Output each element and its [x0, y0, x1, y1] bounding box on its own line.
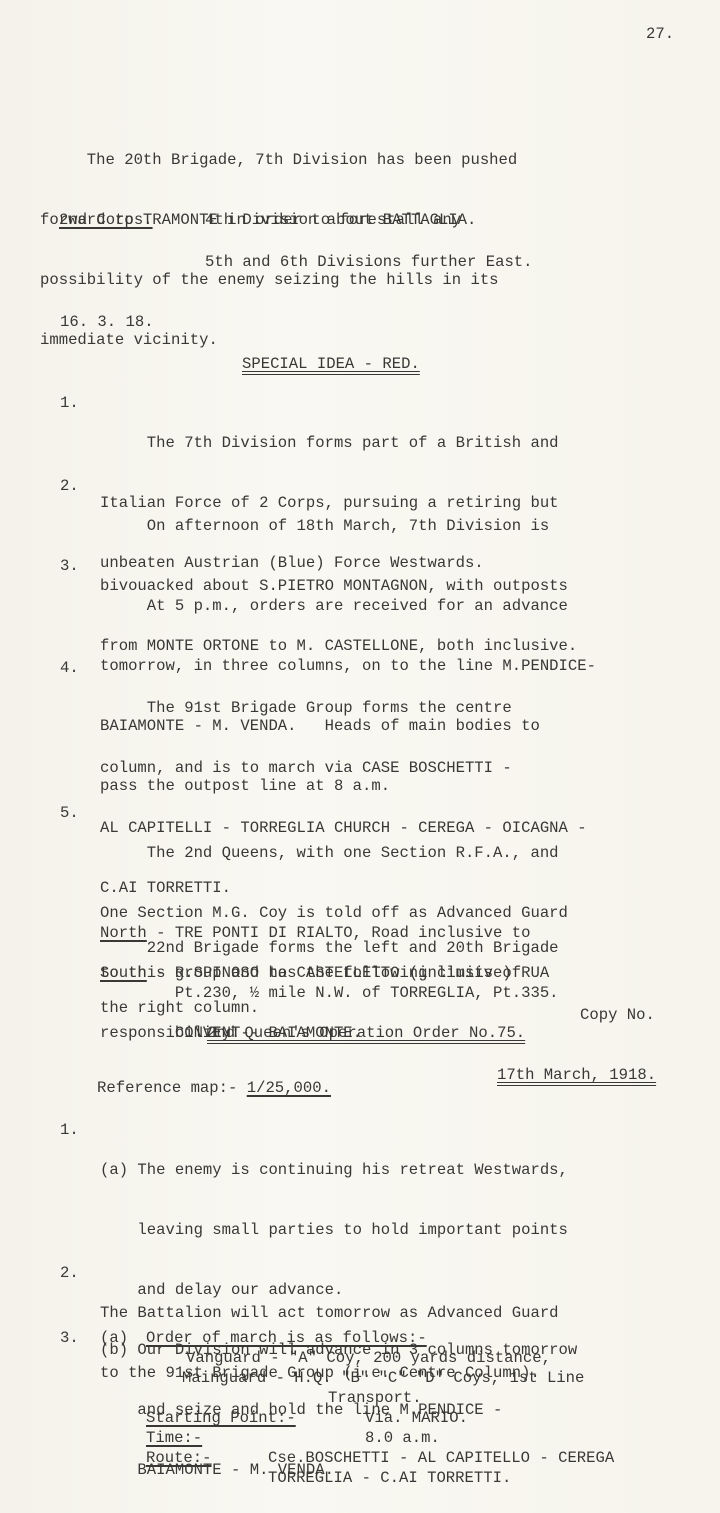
- time-label: Time:-: [146, 1428, 202, 1448]
- text-line: At 5 p.m., orders are received for an ad…: [100, 596, 596, 616]
- order-item-number: 2.: [60, 1263, 79, 1283]
- starting-point-label: Starting Point:-: [146, 1408, 296, 1428]
- intro-paragraph: The 20th Brigade, 7th Division has been …: [40, 110, 517, 390]
- reference-map: Reference map:- 1/25,000.: [97, 1078, 331, 1098]
- text-line: The Battalion will act tomorrow as Advan…: [100, 1303, 559, 1323]
- date-line: 16. 3. 18.: [60, 312, 154, 332]
- mainguard-line: Mainguard - H.Q. "B" "C" "D" Coys, 1st L…: [182, 1368, 584, 1388]
- reference-label: Reference map:-: [97, 1079, 247, 1097]
- order-item-3-sub: (a): [100, 1328, 128, 1348]
- text-line: (a) The enemy is continuing his retreat …: [100, 1160, 577, 1180]
- document-page: 27. The 20th Brigade, 7th Division has b…: [0, 0, 720, 1513]
- text-line: possibility of the enemy seizing the hil…: [40, 270, 517, 290]
- corps-label: 2nd Corps.: [59, 210, 153, 230]
- route-line-1: Cse.BOSCHETTI - AL CAPITELLO - CEREGA: [268, 1448, 614, 1468]
- time-value: 8.0 a.m.: [365, 1428, 440, 1448]
- text-line: column, and is to march via CASE BOSCHET…: [100, 758, 587, 778]
- order-item-number: 3.: [60, 1328, 79, 1348]
- order-item-number: 1.: [60, 1120, 79, 1140]
- route-line-2: TORREGLIA - C.AI TORRETTI.: [268, 1468, 511, 1488]
- text-line: On afternoon of 18th March, 7th Division…: [100, 516, 577, 536]
- text-line: The 20th Brigade, 7th Division has been …: [40, 150, 517, 170]
- reference-value: 1/25,000.: [247, 1079, 331, 1097]
- text-line: The 91st Brigade Group forms the centre: [100, 698, 587, 718]
- order-of-march-heading: Order of march is as follows:-: [146, 1328, 427, 1348]
- text-line: The 7th Division forms part of a British…: [100, 433, 559, 453]
- special-idea-title: SPECIAL IDEA - RED.: [242, 354, 420, 374]
- text-line: leaving small parties to hold important …: [100, 1220, 577, 1240]
- para-number: 4.: [60, 658, 79, 678]
- corps-line-1: 4th Division about BATTAGLIA.: [205, 210, 476, 230]
- text-line: immediate vicinity.: [40, 330, 517, 350]
- para-number: 2.: [60, 476, 79, 496]
- order-title: 2nd Queen's Operation Order No.75.: [207, 1023, 525, 1043]
- limit-label: South: [100, 964, 147, 982]
- para-number: 3.: [60, 556, 79, 576]
- para-number: 1.: [60, 393, 79, 413]
- page-number: 27.: [646, 24, 674, 44]
- copy-number: Copy No.: [580, 1005, 655, 1025]
- text-line: The 2nd Queens, with one Section R.F.A.,…: [100, 843, 568, 863]
- route-label: Route:-: [146, 1448, 212, 1468]
- para-number: 5.: [60, 803, 79, 823]
- text-line: - R.SPINOSO to CASTELLETTO (inclusive) R…: [147, 964, 549, 982]
- starting-point-value: Via. MARIO.: [365, 1408, 468, 1428]
- transport-line: Transport.: [328, 1388, 422, 1408]
- order-date: 17th March, 1918.: [497, 1065, 656, 1085]
- vanguard-line: Vanguard - "A" Coy, 200 yards distance,: [186, 1348, 551, 1368]
- corps-line-2: 5th and 6th Divisions further East.: [205, 252, 533, 272]
- limit-south: South - R.SPINOSO to CASTELLETTO (inclus…: [100, 923, 549, 1083]
